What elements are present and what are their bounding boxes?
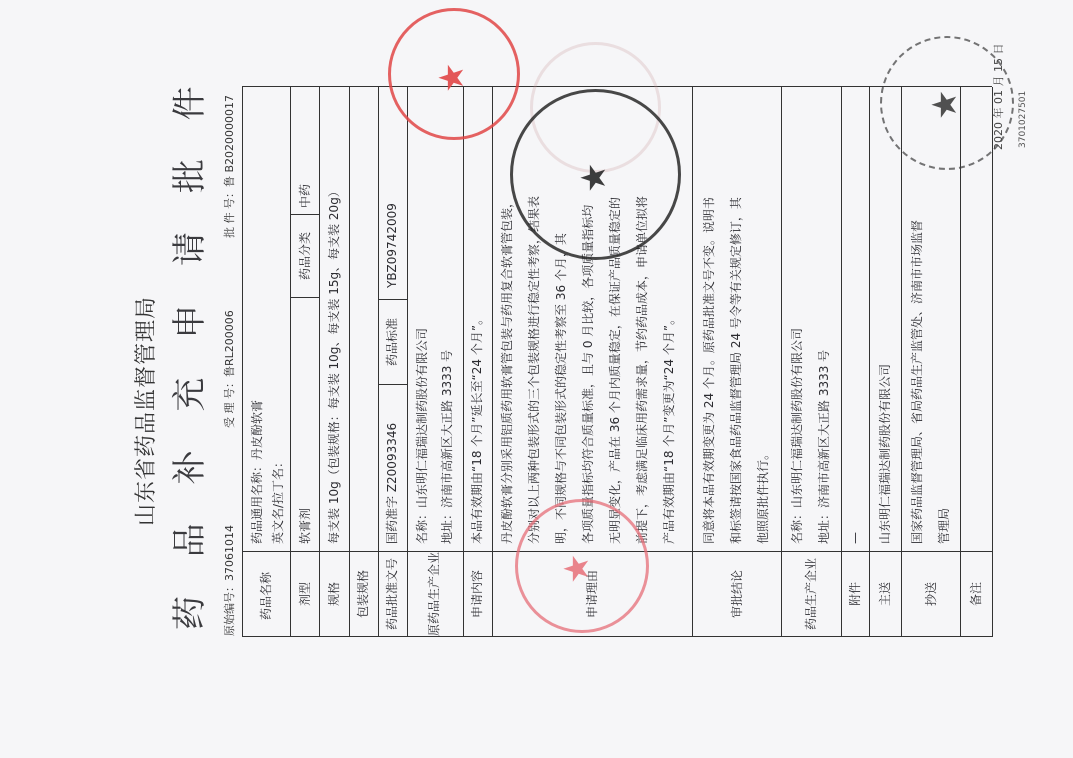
drug-english-name: 英文名/拉丁名： (271, 456, 285, 544)
stamp-star-icon: ★ (560, 554, 594, 584)
drug-category-value: 中药 (298, 184, 312, 208)
stamp-star-icon: ★ (435, 63, 469, 93)
table-border-left (242, 636, 992, 637)
stamp-star-icon: ★ (577, 163, 611, 193)
main-recipient-label: 主送 (878, 582, 892, 606)
approval-conclusion-line: 同意将本品有效期变更为 24 个月。原药品批准文号不变。说明书 (702, 197, 716, 544)
specification-value: 每支装 10g（包装规格：每支装 10g、每支装 15g、每支装 20g） (327, 185, 341, 544)
row-divider (781, 87, 782, 637)
row-divider (869, 87, 870, 637)
table-border-top (242, 87, 243, 637)
dosage-form-value: 软膏剂 (298, 508, 312, 544)
remarks-label: 备注 (969, 582, 983, 606)
drug-standard-value: YBZ09742009 (385, 203, 399, 288)
approval-number: 批 件 号：鲁 B2020000017 (223, 95, 237, 238)
application-reason-line: 分别对以上两种包装形式的三个包装规格进行稳定性考察，结果表 (527, 196, 541, 544)
original-manufacturer-name: 名称：山东明仁福瑞达制药股份有限公司 (415, 328, 429, 544)
original-manufacturer-address: 地址：济南市高新区大正路 3333 号 (440, 350, 454, 544)
row-divider (492, 87, 493, 637)
approval-number-value: 鲁 B2020000017 (223, 95, 236, 187)
application-content-value: 本品有效期由“18 个月”延长至“24 个月”。 (470, 313, 484, 544)
approval-number-row-label: 药品批准文号 (385, 558, 399, 630)
approval-conclusion-label: 审批结论 (730, 570, 744, 618)
standard-divider-left (378, 384, 407, 385)
row-divider (901, 87, 902, 637)
row-divider (290, 87, 291, 637)
attachment-label: 附件 (848, 582, 862, 606)
red-company-stamp: ★ (388, 8, 520, 140)
approval-conclusion-line: 和标签请按国家食品药品监督管理局 24 号令等有关规定修订，其 (729, 197, 743, 544)
main-recipient-value: 山东明仁福瑞达制药股份有限公司 (878, 364, 892, 544)
date-stamp-serial: 3701027501 (1016, 91, 1030, 148)
acceptance-number: 受 理 号：鲁RL200006 (223, 310, 237, 428)
manufacturer-address: 地址：济南市高新区大正路 3333 号 (817, 350, 831, 544)
stamp-star-icon: ★ (928, 90, 962, 120)
row-divider (407, 87, 408, 637)
drug-category-label: 药品分类 (298, 232, 312, 280)
row-divider (692, 87, 693, 637)
pink-hospital-stamp: ★ (515, 499, 649, 633)
row-divider (841, 87, 842, 637)
drug-generic-name: 药品通用名称：丹皮酚软膏 (250, 400, 264, 544)
row-divider (960, 87, 961, 637)
category-divider-left (290, 297, 319, 298)
attachment-value: — (848, 532, 862, 544)
cc-line: 管理局 (937, 508, 951, 544)
standard-divider-right (378, 299, 407, 300)
specification-label: 规格 (327, 582, 341, 606)
row-divider (319, 87, 320, 637)
row-divider (463, 87, 464, 637)
date-stamp-date: 2020 年 01 月 15 日 (992, 44, 1006, 150)
table-border-bottom (992, 87, 993, 637)
black-review-stamp: ★ (510, 89, 681, 260)
approval-number-row-value: 国药准字 Z20093346 (385, 423, 399, 544)
original-number-value: 37061014 (223, 525, 236, 581)
approval-conclusion-line: 他照原批件执行。 (756, 448, 770, 544)
dosage-form-label: 剂型 (298, 582, 312, 606)
document-title: 药 品 补 充 申 请 批 件 (183, 72, 197, 630)
original-number-label: 原始编号： (223, 581, 236, 636)
cc-label: 抄送 (924, 582, 938, 606)
category-divider-right (290, 214, 319, 215)
application-reason-line: 丹皮酚软膏分别采用铝质药用软膏管包装与药用复合软膏管包装， (500, 196, 514, 544)
agency-name: 山东省药品监督管理局 (140, 296, 154, 526)
acceptance-number-value: 鲁RL200006 (223, 310, 236, 377)
application-reason-line: 产品有效期由“18 个月”变更为“24 个月”。 (662, 313, 676, 544)
manufacturer-name: 名称：山东明仁福瑞达制药股份有限公司 (790, 328, 804, 544)
acceptance-number-label: 受 理 号： (223, 377, 236, 428)
original-manufacturer-label: 原药品生产企业 (427, 552, 441, 636)
approval-document-page: 山东省药品监督管理局 药 品 补 充 申 请 批 件 原始编号：37061014… (0, 0, 1073, 758)
manufacturer-label: 药品生产企业 (804, 558, 818, 630)
row-divider (349, 87, 350, 637)
application-content-label: 申请内容 (470, 570, 484, 618)
packaging-label: 包装规格 (356, 570, 370, 618)
cc-line: 国家药品监督管理局、省局药品生产监管处、济南市市场监督 (910, 220, 924, 544)
row-divider (378, 87, 379, 637)
application-reason-line: 明，不同规格与不同包装形式的稳定性考察至 36 个月，其 (554, 233, 568, 544)
drug-name-label: 药品名称 (259, 572, 273, 620)
approval-number-label: 批 件 号： (223, 187, 236, 238)
original-number: 原始编号：37061014 (223, 525, 237, 636)
drug-standard-label: 药品标准 (385, 318, 399, 366)
